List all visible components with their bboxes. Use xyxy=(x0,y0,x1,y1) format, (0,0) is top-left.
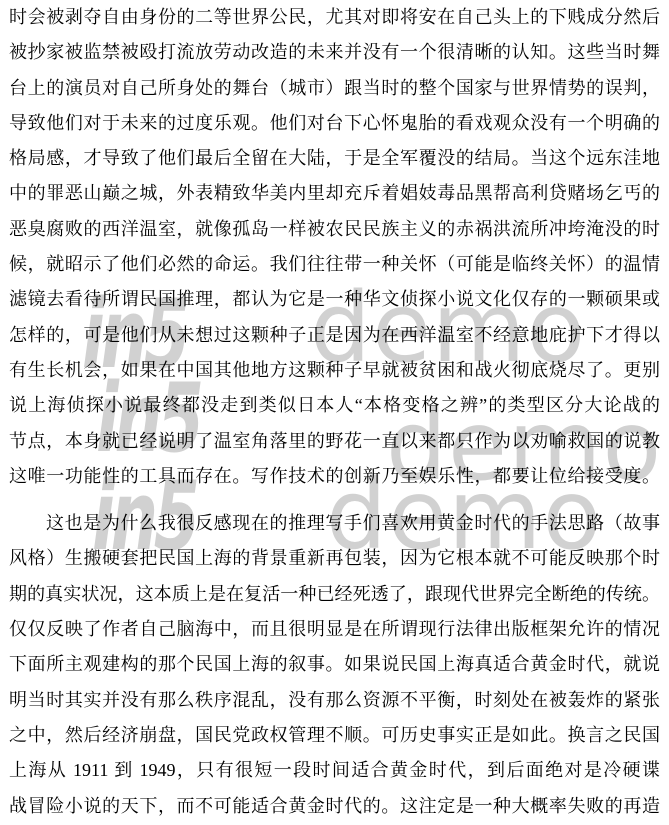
text-line: 下面所主观建构的那个民国上海的叙事。如果说民国上海真适合黄金时代，就说 xyxy=(9,647,660,682)
text-line: 战冒险小说的天下，而不可能适合黄金时代的。这注定是一种大概率失败的再造 xyxy=(9,789,660,824)
text-line: 被抄家被监禁被殴打流放劳动改造的未来并没有一个很清晰的认知。这些当时舞 xyxy=(9,35,660,70)
text-line: 滤镜去看待所谓民国推理，都认为它是一种华文侦探小说文化仅存的一颗硕果或 xyxy=(9,282,660,317)
text-line: 这也是为什么我很反感现在的推理写手们喜欢用黄金时代的手法思路（故事 xyxy=(9,506,660,541)
text-line: 导致他们对于未来的过度乐观。他们对台下心怀鬼胎的看戏观众没有一个明确的 xyxy=(9,106,660,141)
text-line: 时会被剥夺自由身份的二等世界公民，尤其对即将安在自己头上的下贱成分然后 xyxy=(9,0,660,35)
text-line: 期的真实状况，这本质上是在复活一种已经死透了，跟现代世界完全断绝的传统。 xyxy=(9,577,660,612)
text-line: 怎样的，可是他们从未想过这颗种子正是因为在西洋温室不经意地庇护下才得以 xyxy=(9,318,660,353)
text-line: 说上海侦探小说最终都没走到类似日本人“本格变格之辨”的类型区分大论战的 xyxy=(9,388,660,423)
text-line: 格局感，才导致了他们最后全留在大陆，于是全军覆没的结局。当这个远东洼地 xyxy=(9,141,660,176)
text-line: 之中，然后经济崩盘，国民党政权管理不顺。可历史事实正是如此。换言之民国 xyxy=(9,718,660,753)
text-line: 恶臭腐败的西洋温室，就像孤岛一样被农民民族主义的赤祸洪流所冲垮淹没的时 xyxy=(9,212,660,247)
paragraph: 时会被剥夺自由身份的二等世界公民，尤其对即将安在自己头上的下贱成分然后被抄家被监… xyxy=(9,0,660,494)
text-line: 有生长机会，如果在中国其他地方这颗种子早就被贫困和战火彻底烧尽了。更别 xyxy=(9,353,660,388)
text-line: 候，就昭示了他们必然的命运。我们往往带一种关怀（可能是临终关怀）的温情 xyxy=(9,247,660,282)
text-line: 节点，本身就已经说明了温室角落里的野花一直以来都只作为以劝喻救国的说教 xyxy=(9,424,660,459)
text-line: 仅仅反映了作者自己脑海中，而且很明显是在所谓现行法律出版框架允许的情况 xyxy=(9,612,660,647)
text-line: 风格）生搬硬套把民国上海的背景重新再包装，因为它根本就不可能反映那个时 xyxy=(9,541,660,576)
document-text-body: 时会被剥夺自由身份的二等世界公民，尤其对即将安在自己头上的下贱成分然后被抄家被监… xyxy=(0,0,669,824)
text-line: 台上的演员对自己所身处的舞台（城市）跟当时的整个国家与世界情势的误判， xyxy=(9,71,660,106)
text-line: 明当时其实并没有那么秩序混乱，没有那么资源不平衡，时刻处在被轰炸的紧张 xyxy=(9,683,660,718)
text-line: 中的罪恶山巅之城，外表精致华美内里却充斥着娼妓毒品黑帮高利贷赌场乞丐的 xyxy=(9,176,660,211)
text-line: 上海从 1911 到 1949，只有很短一段时间适合黄金时代，到后面绝对是冷硬谍 xyxy=(9,753,660,788)
text-line: 这唯一功能性的工具而存在。写作技术的创新乃至娱乐性，都要让位给接受度。 xyxy=(9,459,660,494)
paragraph: 这也是为什么我很反感现在的推理写手们喜欢用黄金时代的手法思路（故事风格）生搬硬套… xyxy=(9,506,660,824)
document-page: in5 demo in5 demo in5 demo 时会被剥夺自由身份的二等世… xyxy=(0,0,669,825)
